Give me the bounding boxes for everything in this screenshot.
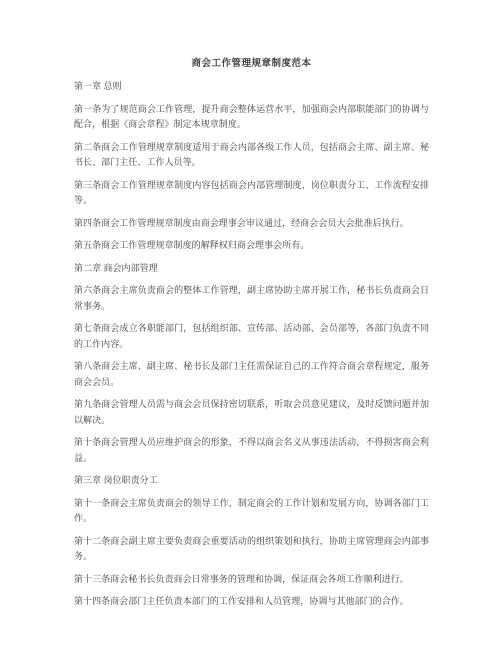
article-paragraph: 第七条商会成立各职能部门，包括组织部、宣传部、活动部、会员部等，各部门负责不同的… xyxy=(74,321,429,352)
article-paragraph: 第二条商会工作管理规章制度适用于商会内部各级工作人员，包括商会主席、副主席、秘书… xyxy=(74,140,429,171)
article-paragraph: 第三条商会工作管理规章制度内容包括商会内部管理制度、岗位职责分工、工作流程安排等… xyxy=(74,178,429,209)
article-paragraph: 第九条商会管理人员需与商会会员保持密切联系，听取会员意见建议，及时反馈问题并加以… xyxy=(74,397,429,428)
document-content: 商会工作管理规章制度范本 第一章 总则第一条为了规范商会工作管理，提升商会整体运… xyxy=(0,0,502,610)
article-paragraph: 第十四条商会部门主任负责本部门的工作安排和人员管理，协调与其他部门的合作。 xyxy=(74,594,429,610)
article-paragraph: 第一条为了规范商会工作管理，提升商会整体运营水平，加强商会内部职能部门的协调与配… xyxy=(74,102,429,133)
document-page: 商会工作管理规章制度范本 第一章 总则第一条为了规范商会工作管理，提升商会整体运… xyxy=(0,0,502,649)
article-paragraph: 第十二条商会副主席主要负责商会重要活动的组织策划和执行，协助主席管理商会内部事务… xyxy=(74,534,429,565)
document-body: 第一章 总则第一条为了规范商会工作管理，提升商会整体运营水平，加强商会内部职能部… xyxy=(74,79,429,610)
article-paragraph: 第四条商会工作管理规章制度由商会理事会审议通过，经商会会员大会批准后执行。 xyxy=(74,216,429,232)
document-title: 商会工作管理规章制度范本 xyxy=(74,57,429,72)
article-paragraph: 第六条商会主席负责商会的整体工作管理，副主席协助主席开展工作，秘书长负责商会日常… xyxy=(74,283,429,314)
article-paragraph: 第十条商会管理人员应维护商会的形象，不得以商会名义从事违法活动，不得损害商会利益… xyxy=(74,435,429,466)
chapter-heading: 第二章 商会内部管理 xyxy=(74,261,429,277)
chapter-heading: 第一章 总则 xyxy=(74,79,429,95)
article-paragraph: 第五条商会工作管理规章制度的解释权归商会理事会所有。 xyxy=(74,238,429,254)
article-paragraph: 第十三条商会秘书长负责商会日常事务的管理和协调，保证商会各项工作顺利进行。 xyxy=(74,572,429,588)
article-paragraph: 第十一条商会主席负责商会的领导工作，制定商会的工作计划和发展方向，协调各部门工作… xyxy=(74,496,429,527)
article-paragraph: 第八条商会主席、副主席、秘书长及部门主任需保证自己的工作符合商会章程规定，服务商… xyxy=(74,359,429,390)
chapter-heading: 第三章 岗位职责分工 xyxy=(74,473,429,489)
